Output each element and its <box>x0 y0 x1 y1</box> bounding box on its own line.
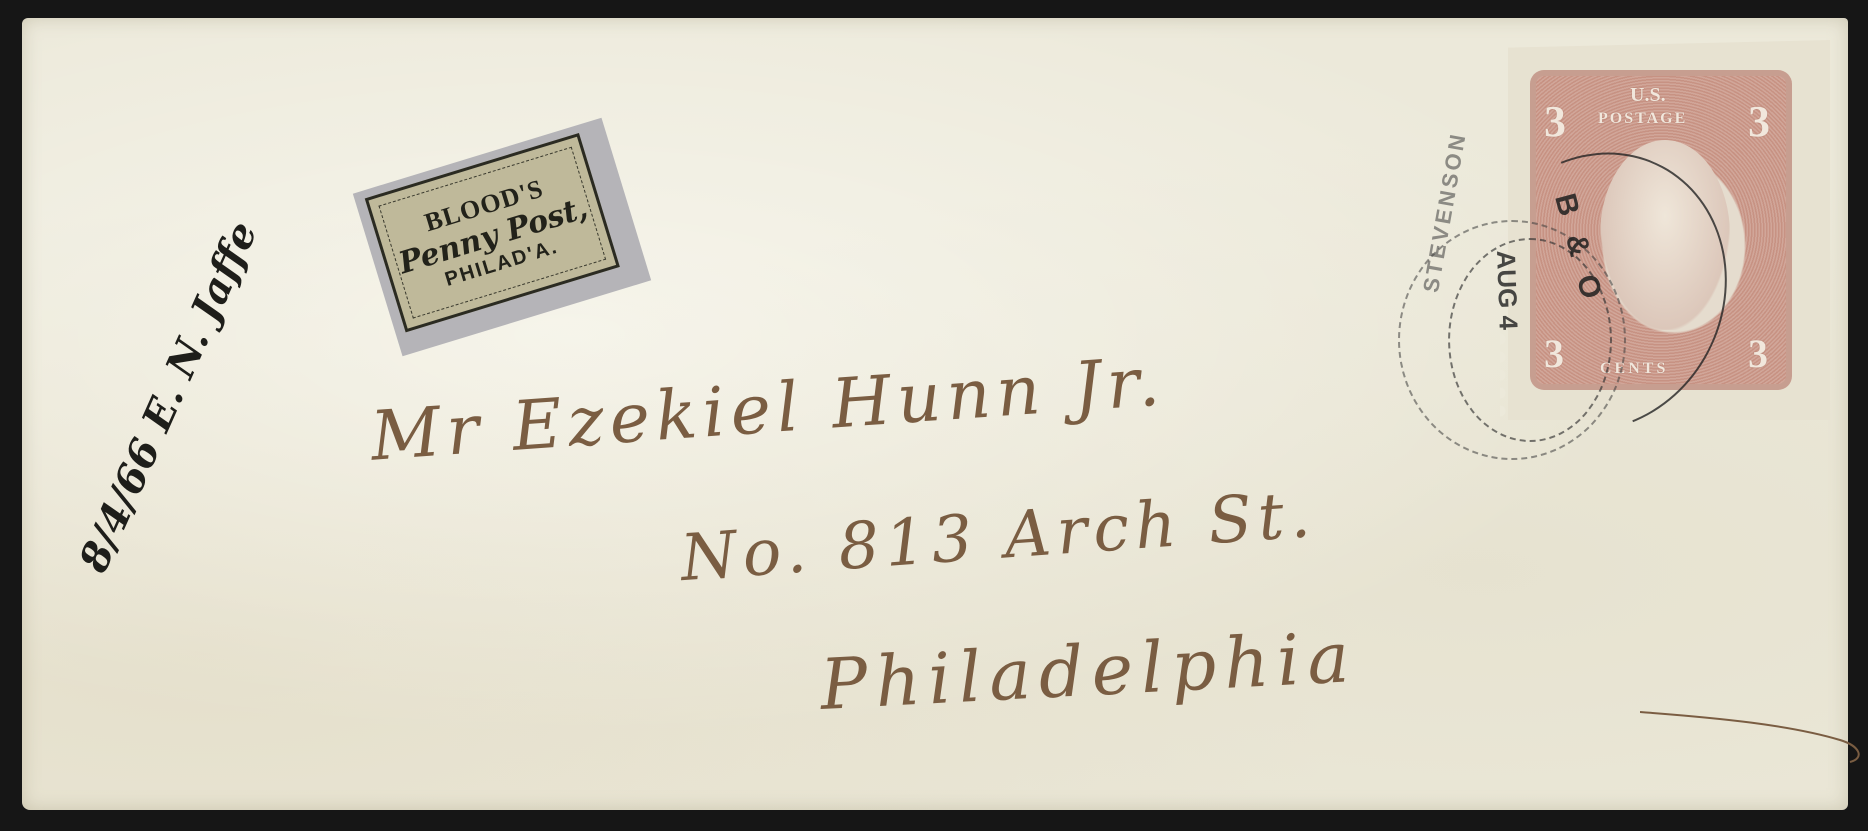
stamp-us-label: U.S. <box>1630 84 1666 107</box>
stamp-denomination-top-left: 3 <box>1544 96 1566 147</box>
stamp-denomination-bottom-right: 3 <box>1748 330 1768 377</box>
postmark-date: AUG 4 <box>1492 250 1523 330</box>
stamp-denomination-top-right: 3 <box>1748 96 1770 147</box>
stamp-postage-label: POSTAGE <box>1598 110 1687 128</box>
handwriting-flourish <box>1640 700 1868 770</box>
